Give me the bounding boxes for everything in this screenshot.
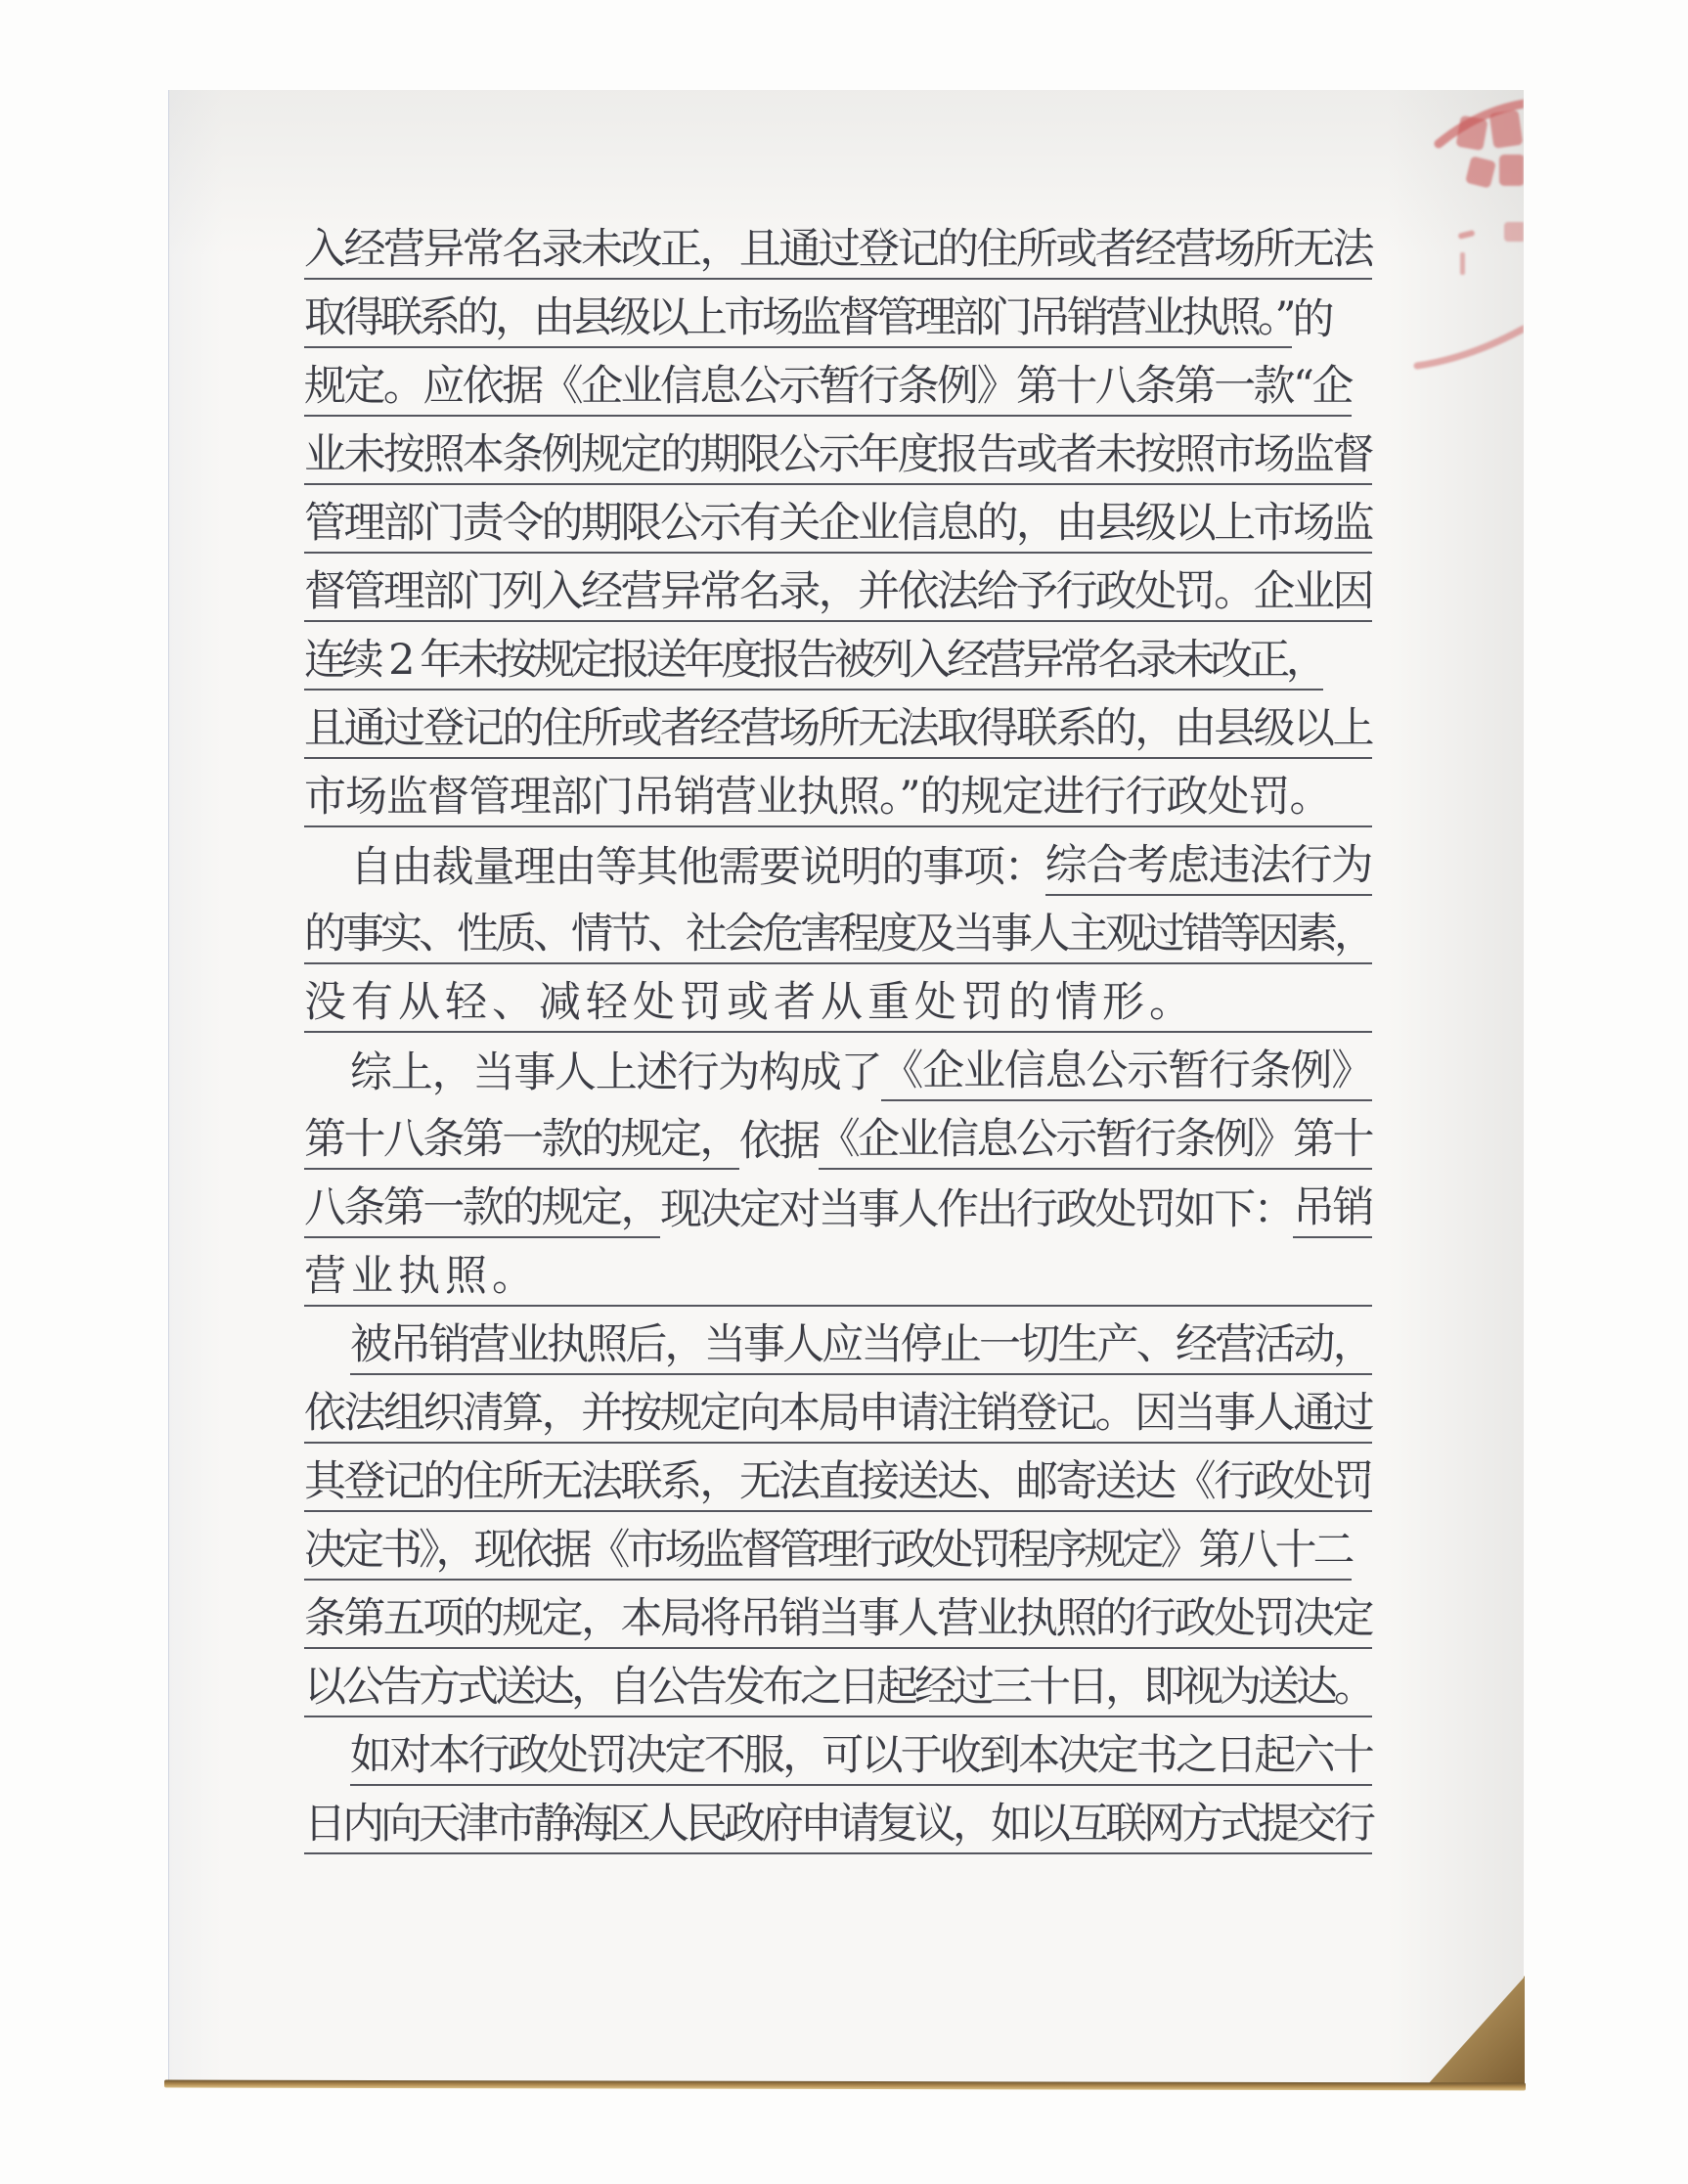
text-segment: 综上，当事人上述行为构成了 (350, 1045, 881, 1101)
text-line: 取得联系的，由县级以上市场监督管理部门吊销营业执照。”的 (304, 280, 1372, 348)
underlined-text-segment: 业未按照本条例规定的期限公示年度报告或者未按照市场监督 (304, 426, 1372, 485)
text-line: 且通过登记的住所或者经营场所无法取得联系的，由县级以上 (304, 691, 1372, 759)
underlined-text-segment: 且通过登记的住所或者经营场所无法取得联系的，由县级以上 (304, 700, 1372, 759)
text-line: 八条第一款的规定，现决定对当事人作出行政处罚如下：吊销 (304, 1170, 1372, 1238)
underlined-text-segment: 入经营异常名录未改正，且通过登记的住所或者经营场所无法 (304, 221, 1372, 280)
underlined-text-segment: 营业执照。 (304, 1248, 539, 1307)
underlined-text-segment: 管理部门责令的期限公示有关企业信息的，由县级以上市场监 (304, 495, 1372, 554)
underlined-text-segment: 依法组织清算，并按规定向本局申请注销登记。因当事人通过 (304, 1385, 1372, 1444)
underlined-text-segment: 综合考虑违法行为 (1045, 837, 1372, 896)
underlined-text-segment: 的事实、性质、情节、社会危害程度及当事人主观过错等因素， (304, 906, 1372, 964)
text-line: 营业执照。 (304, 1238, 1372, 1307)
text-line: 业未按照本条例规定的期限公示年度报告或者未按照市场监督 (304, 417, 1372, 485)
text-line: 督管理部门列入经营异常名录，并依法给予行政处罚。企业因 (304, 554, 1372, 622)
text-line: 规定。应依据《企业信息公示暂行条例》第十八条第一款“企 (304, 348, 1372, 417)
text-segment: 依据 (739, 1113, 819, 1170)
underlined-text-segment: 规定。应依据《企业信息公示暂行条例》第十八条第一款“企 (304, 358, 1352, 417)
underlined-text-segment: 吊销 (1293, 1180, 1372, 1238)
underlined-text-segment: 没有从轻、减轻处罚或者从重处罚的情形。 (304, 974, 1196, 1033)
text-line: 决定书》，现依据《市场监督管理行政处罚程序规定》第八十二 (304, 1512, 1372, 1581)
text-line: 被吊销营业执照后，当事人应当停止一切生产、经营活动， (304, 1307, 1372, 1375)
underlined-text-segment: 取得联系的，由县级以上市场监督管理部门吊销营业执照。” (304, 290, 1292, 348)
underlined-text-segment: 以公告方式送达，自公告发布之日起经过三十日，即视为送达。 (304, 1659, 1372, 1717)
underlined-text-segment: 其登记的住所无法联系，无法直接送达、邮寄送达《行政处罚 (304, 1453, 1372, 1512)
underlined-text-segment: 连续 2 年未按规定报送年度报告被列入经营异常名录未改正， (304, 632, 1323, 691)
underlined-text-segment: 条第五项的规定，本局将吊销当事人营业执照的行政处罚决定 (304, 1590, 1372, 1649)
text-line: 连续 2 年未按规定报送年度报告被列入经营异常名录未改正， (304, 622, 1372, 691)
underlined-text-segment: 日内向天津市静海区人民政府申请复议，如以互联网方式提交行 (304, 1796, 1372, 1854)
text-line: 自由裁量理由等其他需要说明的事项：综合考虑违法行为 (304, 827, 1372, 896)
scanned-document-photo: 入经营异常名录未改正，且通过登记的住所或者经营场所无法取得联系的，由县级以上市场… (0, 0, 1688, 2184)
text-line: 管理部门责令的期限公示有关企业信息的，由县级以上市场监 (304, 485, 1372, 554)
text-segment: 现决定对当事人作出行政处罚如下： (660, 1181, 1293, 1238)
stamp-bottom-arc (1417, 329, 1524, 366)
underlined-text-segment: 如对本行政处罚决定不服，可以于收到本决定书之日起六十 (350, 1727, 1372, 1786)
text-line: 综上，当事人上述行为构成了《企业信息公示暂行条例》 (304, 1033, 1372, 1101)
rule-filler-line (1330, 767, 1372, 827)
rule-filler-line (539, 1246, 1372, 1307)
underlined-text-segment: 第十八条第一款的规定， (304, 1111, 739, 1170)
desk-edge-line (164, 2080, 1526, 2091)
text-line: 没有从轻、减轻处罚或者从重处罚的情形。 (304, 964, 1372, 1033)
paper-sheet: 入经营异常名录未改正，且通过登记的住所或者经营场所无法取得联系的，由县级以上市场… (168, 90, 1524, 2083)
document-body: 入经营异常名录未改正，且通过登记的住所或者经营场所无法取得联系的，由县级以上市场… (304, 211, 1372, 1854)
text-line: 条第五项的规定，本局将吊销当事人营业执照的行政处罚决定 (304, 1581, 1372, 1649)
text-line: 如对本行政处罚决定不服，可以于收到本决定书之日起六十 (304, 1717, 1372, 1786)
underlined-text-segment: 决定书》，现依据《市场监督管理行政处罚程序规定》第八十二 (304, 1522, 1352, 1581)
text-segment: 自由裁量理由等其他需要说明的事项： (350, 839, 1045, 896)
text-segment: 的 (1292, 291, 1330, 348)
text-line: 以公告方式送达，自公告发布之日起经过三十日，即视为送达。 (304, 1649, 1372, 1717)
underlined-text-segment: 八条第一款的规定， (304, 1180, 660, 1238)
text-line: 依法组织清算，并按规定向本局申请注销登记。因当事人通过 (304, 1375, 1372, 1444)
rule-filler-line (1196, 972, 1372, 1033)
text-line: 第十八条第一款的规定，依据《企业信息公示暂行条例》第十 (304, 1101, 1372, 1170)
underlined-text-segment: 市场监督管理部门吊销营业执照。”的规定进行行政处罚。 (304, 769, 1330, 827)
stamp-character-blobs (1455, 110, 1524, 275)
underlined-text-segment: 被吊销营业执照后，当事人应当停止一切生产、经营活动， (350, 1316, 1372, 1375)
text-line: 的事实、性质、情节、社会危害程度及当事人主观过错等因素， (304, 896, 1372, 964)
underlined-text-segment: 《企业信息公示暂行条例》第十 (819, 1111, 1372, 1170)
text-line: 日内向天津市静海区人民政府申请复议，如以互联网方式提交行 (304, 1786, 1372, 1854)
text-line: 市场监督管理部门吊销营业执照。”的规定进行行政处罚。 (304, 759, 1372, 827)
text-line: 其登记的住所无法联系，无法直接送达、邮寄送达《行政处罚 (304, 1444, 1372, 1512)
text-line: 入经营异常名录未改正，且通过登记的住所或者经营场所无法 (304, 211, 1372, 280)
underlined-text-segment: 《企业信息公示暂行条例》 (881, 1043, 1372, 1101)
underlined-text-segment: 督管理部门列入经营异常名录，并依法给予行政处罚。企业因 (304, 563, 1372, 622)
